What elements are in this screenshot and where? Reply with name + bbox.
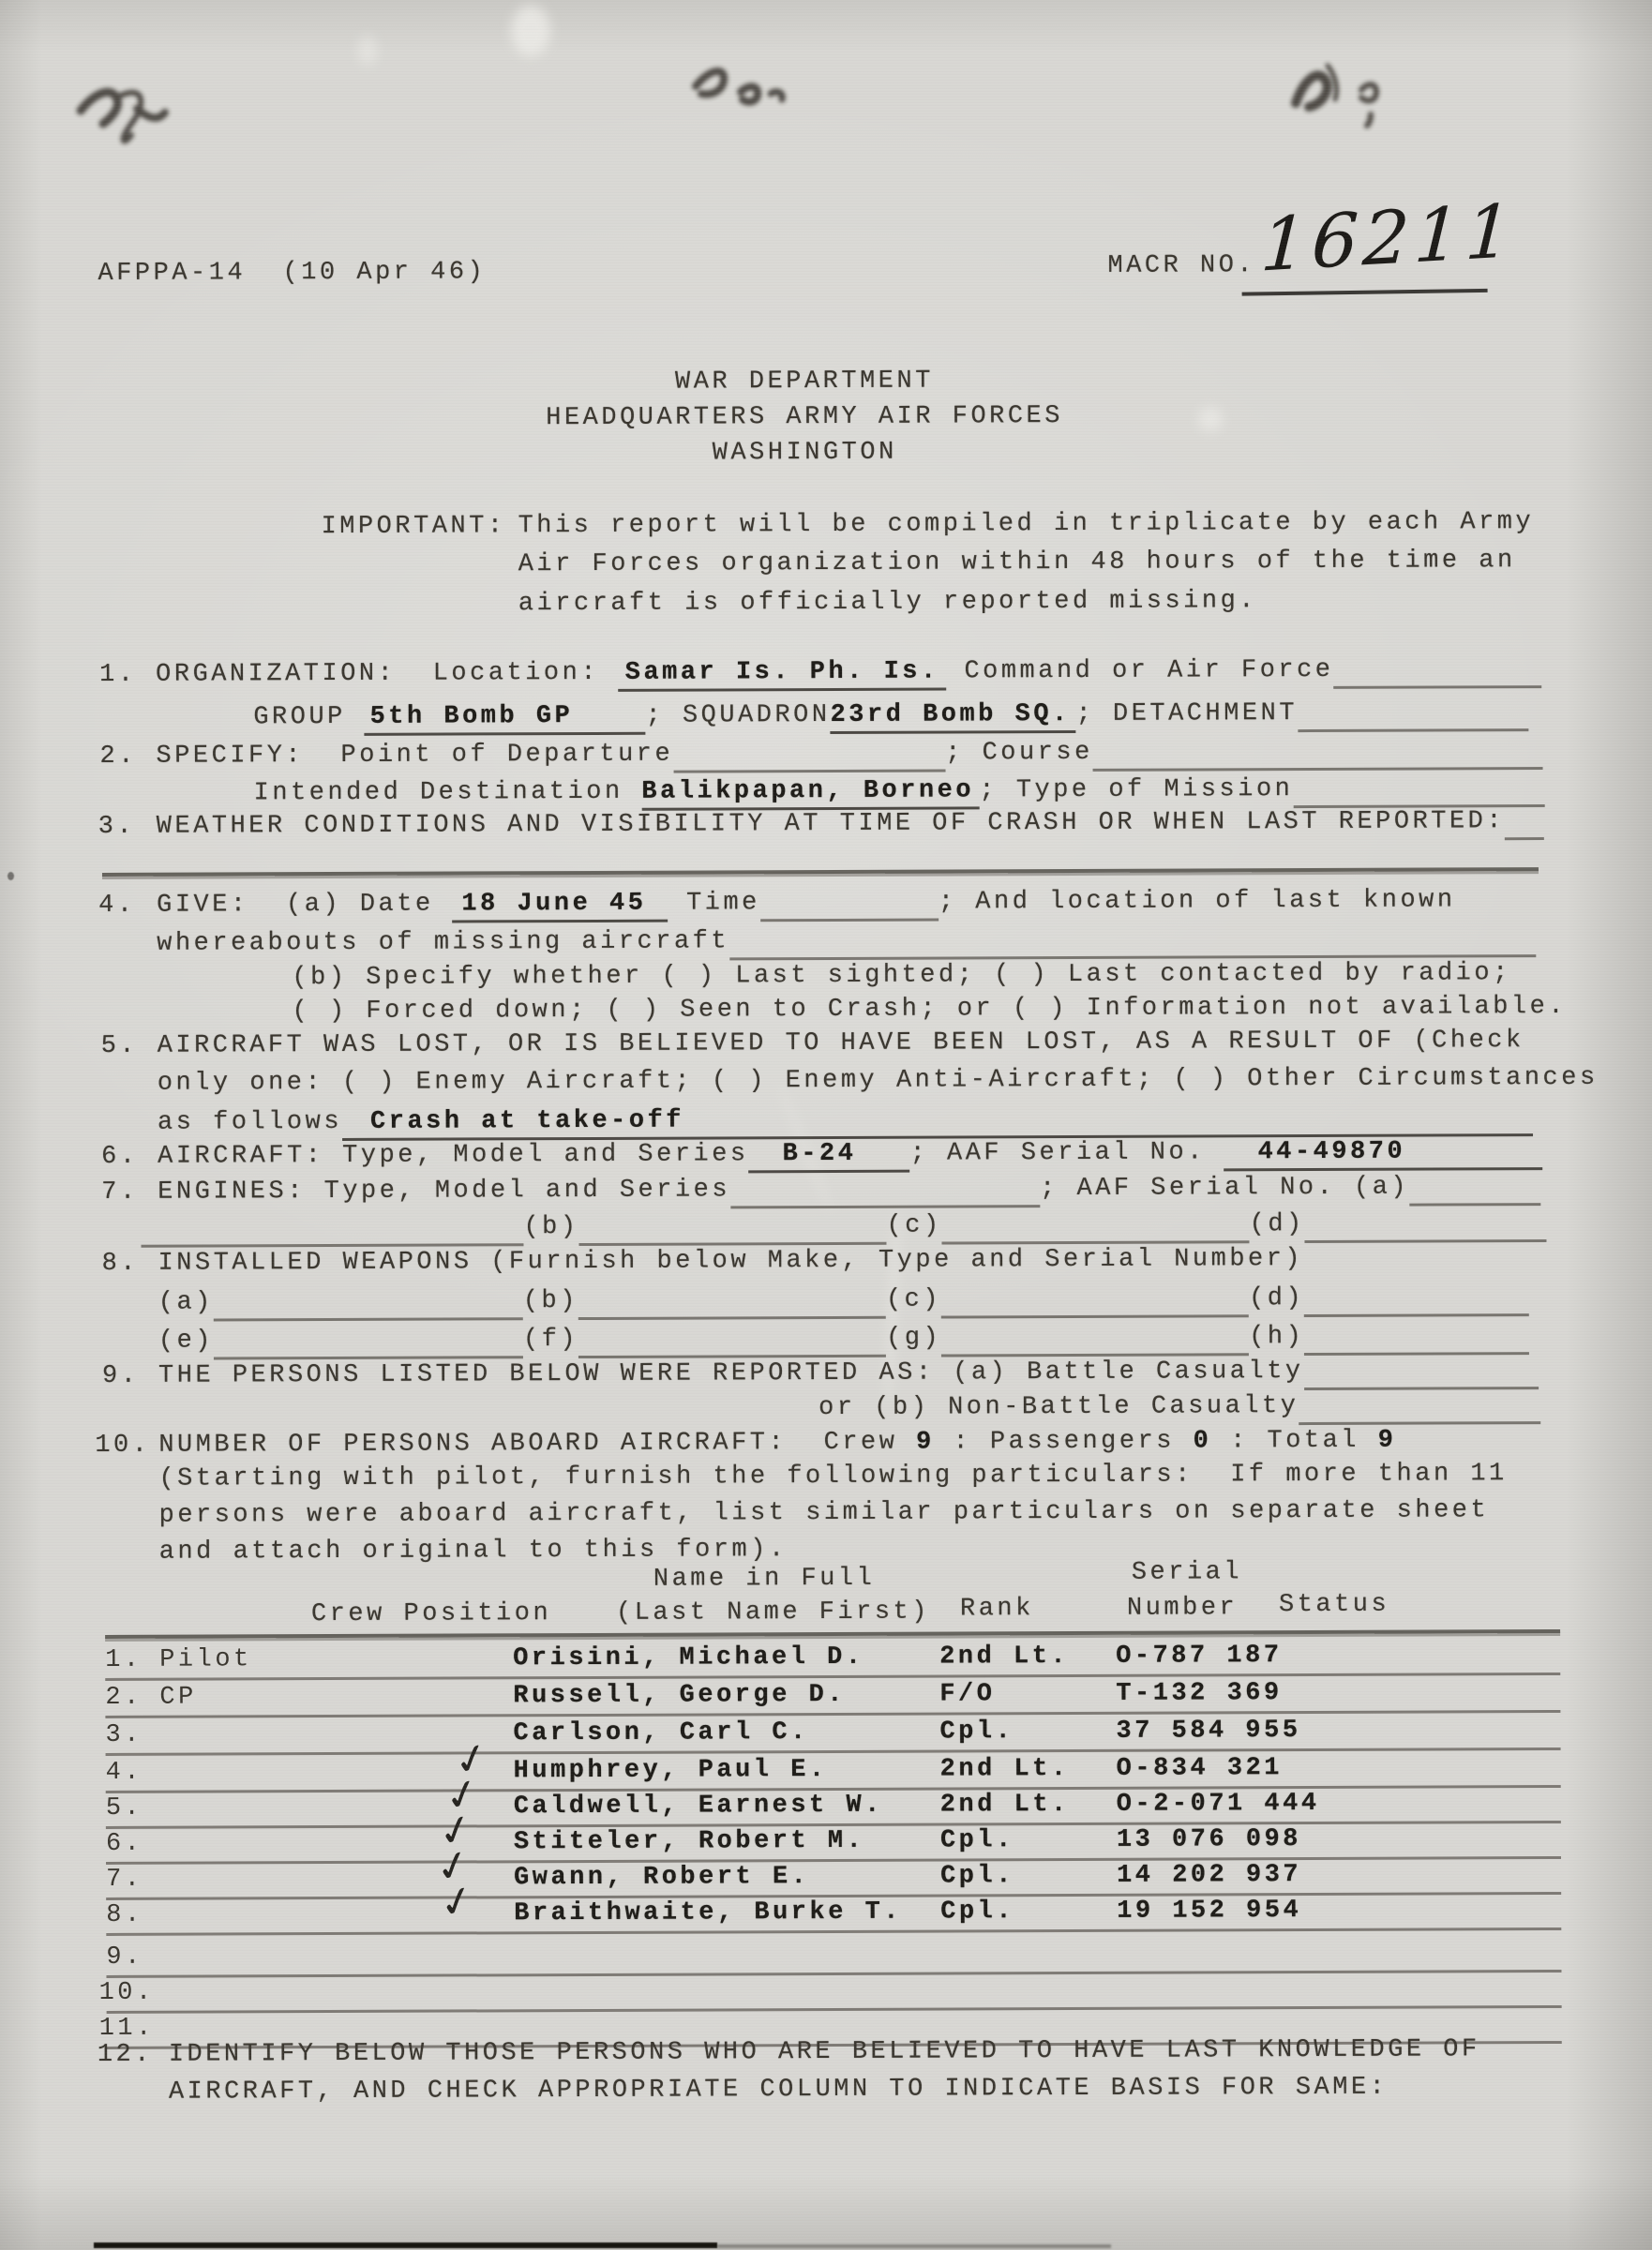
row-serial: 37 584 955: [1116, 1715, 1300, 1747]
item12-line2: AIRCRAFT, AND CHECK APPROPRIATE COLUMN T…: [169, 2072, 1388, 2108]
item5-number: 5.: [101, 1030, 139, 1062]
dept-line-war-department: WAR DEPARTMENT: [0, 363, 1612, 401]
row-number: 3.: [105, 1719, 143, 1751]
aaf-serial-label: ; AAF Serial No.: [910, 1138, 1224, 1167]
row-name: Gwann, Robert E.: [514, 1861, 809, 1894]
macr-number-underline: [1242, 289, 1488, 296]
weapons-g-label: (g): [886, 1325, 941, 1353]
item8-number: 8.: [101, 1248, 139, 1280]
macr-number-label: MACR NO.: [1107, 249, 1255, 282]
group-blank: 5th Bomb GP: [364, 700, 645, 736]
row-rank: 2nd Lt.: [940, 1789, 1070, 1822]
important-line-3: aircraft is officially reported missing.: [518, 585, 1257, 620]
non-battle-casualty-blank: ​: [1299, 1389, 1540, 1425]
item9-line2: or (b) Non-Battle Casualty​: [818, 1389, 1540, 1427]
row-rank: 2nd Lt.: [939, 1641, 1069, 1673]
row-rank: Cpl.: [940, 1824, 1014, 1856]
command-blank: ​: [1333, 653, 1541, 689]
macr-number-handwritten: 16211: [1259, 195, 1519, 283]
row-name: Carlson, Carl C.: [513, 1717, 808, 1749]
give-date-label: GIVE: (a) Date: [157, 891, 452, 920]
row-rank: 2nd Lt.: [940, 1753, 1070, 1786]
location-blank: Samar Is. Ph. Is.: [618, 656, 946, 692]
item12-number: 12.: [98, 2039, 153, 2071]
engines-c-label: (c): [886, 1212, 941, 1240]
item7-number: 7.: [101, 1177, 139, 1208]
check-mark: ✓: [437, 1883, 478, 1923]
cause-value: Crash at take-off: [342, 1107, 684, 1136]
macr-form-page: AFPPA-14 (10 Apr 46) MACR NO. 16211 WAR …: [0, 0, 1652, 2250]
location-last-known-label: ; And location of last known: [939, 886, 1456, 916]
row-rank: F/O: [939, 1678, 995, 1710]
row-rank: Cpl.: [939, 1716, 1014, 1747]
date-value: 18 June 45: [452, 890, 646, 919]
important-label: IMPORTANT:: [321, 510, 505, 543]
destination-label: Intended Destination: [254, 778, 642, 808]
row-serial: T-132 369: [1116, 1677, 1282, 1710]
scan-edge-line-faint: [717, 2244, 1111, 2248]
item2-line1: SPECIFY: Point of Departure​; Course​: [156, 735, 1542, 775]
row-position: Pilot: [159, 1643, 252, 1675]
row-number: 6.: [106, 1828, 143, 1860]
departure-blank: ​: [673, 738, 945, 773]
row-number: 9.: [106, 1942, 143, 1973]
aircraft-type-blank: B-24: [749, 1138, 910, 1174]
crew-row-3: 3.Carlson, Carl C.Cpl.37 584 955: [105, 1714, 1560, 1756]
table-header-status: Status: [1279, 1589, 1389, 1621]
row-number: 2.: [105, 1682, 143, 1714]
weapons-g-blank: ​: [941, 1321, 1249, 1357]
squadron-blank: 23rd Bomb SQ.: [831, 698, 1076, 734]
aaf-serial-value: 44-49870: [1224, 1138, 1405, 1167]
item7-line2: ​(b)​(c)​(d)​: [141, 1207, 1546, 1248]
whereabouts-blank: ​: [729, 922, 1536, 960]
date-blank: 18 June 45: [452, 888, 668, 923]
weapons-d-blank: ​: [1304, 1282, 1529, 1317]
item3-line1: WEATHER CONDITIONS AND VISIBILITY AT TIM…: [157, 805, 1544, 846]
weapons-f-label: (f): [523, 1326, 578, 1354]
form-number: AFPPA-14 (10 Apr 46): [98, 256, 486, 290]
engines-b-label: (b): [523, 1213, 578, 1241]
cause-blank: Crash at take-off: [342, 1102, 1533, 1141]
engines-serial-a-blank: ​: [1409, 1171, 1540, 1207]
engines-d-blank: ​: [1305, 1207, 1547, 1243]
weather-blank-rule: [102, 867, 1539, 877]
row-serial: 13 076 098: [1117, 1823, 1301, 1856]
weapons-e-label: (e): [158, 1327, 214, 1356]
row-number: 7.: [106, 1864, 143, 1896]
item4-line3: (b) Specify whether ( ) Last sighted; ( …: [292, 957, 1510, 994]
table-preheader-serial: Serial: [1132, 1556, 1242, 1588]
engines-label: ENGINES: Type, Model and Series: [158, 1176, 730, 1206]
margin-dot: [8, 872, 14, 880]
item8-line1: INSTALLED WEAPONS (Furnish below Make, T…: [158, 1243, 1303, 1280]
dept-line-headquarters: HEADQUARTERS ARMY AIR FORCES: [0, 398, 1612, 437]
weapons-a-blank: ​: [214, 1285, 523, 1321]
item4-line4: ( ) Forced down; ( ) Seen to Crash; or (…: [292, 991, 1567, 1027]
detachment-blank: ​: [1298, 697, 1528, 732]
row-name: Braithwaite, Burke T.: [514, 1897, 902, 1930]
item3-number: 3.: [98, 811, 136, 843]
item10-line2: (Starting with pilot, furnish the follow…: [158, 1458, 1507, 1495]
engines-b-blank: ​: [578, 1210, 886, 1246]
course-label: ; Course: [945, 739, 1093, 768]
weather-label: WEATHER CONDITIONS AND VISIBILITY AT TIM…: [157, 807, 1505, 841]
weapons-b-label: (b): [523, 1287, 578, 1315]
item1-number: 1.: [99, 659, 137, 691]
important-line-2: Air Forces organization within 48 hours …: [518, 545, 1516, 580]
item4-line2: whereabouts of missing aircraft​: [157, 922, 1536, 963]
item7-line1: ENGINES: Type, Model and Series​; AAF Se…: [158, 1171, 1540, 1211]
time-label: Time: [668, 889, 760, 917]
engines-d-label: (d): [1250, 1210, 1305, 1238]
row-position: CP: [159, 1682, 197, 1714]
row-name: Stiteler, Robert M.: [514, 1825, 864, 1858]
weapons-a-label: (a): [158, 1289, 214, 1317]
destination-blank: Balikpapan, Borneo: [641, 774, 979, 810]
item1-line1: ORGANIZATION: Location: Samar Is. Ph. Is…: [156, 653, 1541, 694]
item9-number: 9.: [102, 1360, 140, 1392]
group-value: 5th Bomb GP: [364, 702, 573, 731]
weapons-d-label: (d): [1249, 1284, 1304, 1312]
weapons-c-label: (c): [886, 1286, 941, 1314]
crew-row-8: 8.✓Braithwaite, Burke T.Cpl.19 152 954: [106, 1894, 1561, 1936]
weapons-c-blank: ​: [941, 1282, 1249, 1318]
item10-line1: NUMBER OF PERSONS ABOARD AIRCRAFT: Crew …: [158, 1425, 1396, 1462]
item4-number: 4.: [98, 890, 136, 922]
item1-text2: Command or Air Force: [946, 656, 1334, 686]
crew-row-1: 1.PilotOrisini, Michael D.2nd Lt.O-787 1…: [105, 1639, 1560, 1681]
detachment-label: ; DETACHMENT: [1076, 699, 1299, 728]
item4-line1: GIVE: (a) Date 18 June 45 Time​; And loc…: [157, 884, 1456, 923]
passengers-count-value: 0: [1194, 1427, 1212, 1455]
mission-blank: ​: [1293, 772, 1544, 808]
item1-line2: GROUP 5th Bomb GP; SQUADRON23rd Bomb SQ.…: [253, 697, 1528, 736]
table-preheader-name: Name in Full: [653, 1563, 876, 1596]
form-content: AFPPA-14 (10 Apr 46) MACR NO. 16211 WAR …: [0, 0, 1652, 2250]
total-label: : Total: [1211, 1427, 1377, 1456]
table-header-rule: [105, 1629, 1560, 1639]
weapons-f-blank: ​: [578, 1323, 886, 1358]
weapons-b-blank: ​: [578, 1284, 886, 1320]
row-name: Humphrey, Paul E.: [514, 1754, 828, 1787]
engines-serial-label: ; AAF Serial No. (a): [1040, 1174, 1409, 1204]
item6-line1: AIRCRAFT: Type, Model and SeriesB-24; AA…: [158, 1135, 1543, 1176]
whereabouts-label: whereabouts of missing aircraft: [157, 927, 729, 957]
table-header-number: Number: [1127, 1592, 1238, 1624]
row-rank: Cpl.: [940, 1860, 1014, 1892]
table-header-rank: Rank: [960, 1593, 1034, 1625]
engines-c-blank: ​: [942, 1208, 1250, 1244]
item5-line1: AIRCRAFT WAS LOST, OR IS BELIEVED TO HAV…: [158, 1025, 1524, 1062]
passengers-label: : Passengers: [935, 1427, 1194, 1456]
item2-number: 2.: [99, 741, 137, 772]
row-name: Orisini, Michael D.: [513, 1642, 864, 1674]
item8-line3: (e)​(f)​(g)​(h)​: [158, 1320, 1530, 1360]
location-value: Samar Is. Ph. Is.: [618, 658, 939, 687]
row-serial: O-2-071 444: [1117, 1788, 1320, 1821]
total-count-value: 9: [1378, 1427, 1397, 1455]
dept-line-washington: WASHINGTON: [0, 434, 1612, 472]
mission-label: ; Type of Mission: [979, 775, 1293, 804]
row-number: 8.: [106, 1899, 143, 1931]
item12-line1: IDENTIFY BELOW THOSE PERSONS WHO ARE BEL…: [169, 2033, 1480, 2070]
squadron-value: 23rd Bomb SQ.: [831, 700, 1071, 729]
row-serial: O-834 321: [1117, 1752, 1283, 1785]
battle-casualty-label: THE PERSONS LISTED BELOW WERE REPORTED A…: [158, 1357, 1304, 1390]
weapons-e-blank: ​: [214, 1324, 523, 1359]
crew-count-value: 9: [916, 1429, 935, 1457]
row-serial: O-787 187: [1116, 1640, 1282, 1672]
destination-value: Balikpapan, Borneo: [641, 776, 974, 805]
item8-line2: (a)​(b)​(c)​(d)​: [158, 1282, 1530, 1322]
group-label: GROUP: [253, 703, 364, 731]
table-header-position: Crew Position: [311, 1597, 551, 1630]
row-rank: Cpl.: [940, 1896, 1014, 1927]
time-blank: ​: [760, 887, 939, 922]
course-blank: ​: [1093, 735, 1543, 772]
aaf-serial-blank: 44-49870: [1224, 1135, 1542, 1171]
engines-series-blank: ​: [730, 1173, 1040, 1208]
item6-number: 6.: [101, 1141, 139, 1173]
engines-blank-lead: ​: [141, 1211, 523, 1248]
scan-edge-line: [94, 2242, 717, 2248]
weather-blank-start: ​: [1505, 805, 1544, 840]
squadron-label: ; SQUADRON: [645, 701, 830, 730]
item1-text: ORGANIZATION: Location:: [156, 659, 618, 689]
departure-label: SPECIFY: Point of Departure: [156, 741, 673, 771]
row-name: Russell, George D.: [513, 1679, 846, 1712]
row-number: 1.: [105, 1644, 143, 1676]
aircraft-type-value: B-24: [749, 1140, 857, 1168]
row-serial: 14 202 937: [1117, 1859, 1301, 1892]
weapons-h-label: (h): [1249, 1323, 1304, 1351]
table-header-name: (Last Name First): [616, 1597, 930, 1629]
crew-row-2: 2.CPRussell, George D.F/OT-132 369: [105, 1676, 1560, 1718]
persons-aboard-label: NUMBER OF PERSONS ABOARD AIRCRAFT: Crew: [158, 1429, 916, 1460]
item9-line1: THE PERSONS LISTED BELOW WERE REPORTED A…: [158, 1355, 1539, 1395]
item5-line2: only one: ( ) Enemy Aircraft; ( ) Enemy …: [158, 1062, 1599, 1100]
important-line-1: This report will be compiled in triplica…: [518, 506, 1534, 542]
weapons-h-blank: ​: [1304, 1320, 1529, 1356]
row-number: 5.: [106, 1792, 143, 1824]
row-number: 4.: [106, 1757, 143, 1789]
as-follows-label: as follows: [158, 1108, 342, 1137]
item10-line3: persons were aboard aircraft, list simil…: [159, 1494, 1490, 1531]
row-number: 10.: [98, 1977, 154, 2009]
item10-number: 10.: [95, 1430, 150, 1462]
battle-casualty-blank: ​: [1304, 1355, 1539, 1390]
row-serial: 19 152 954: [1117, 1895, 1301, 1927]
aircraft-type-label: AIRCRAFT: Type, Model and Series: [158, 1140, 749, 1170]
non-battle-casualty-label: or (b) Non-Battle Casualty: [818, 1392, 1299, 1422]
row-name: Caldwell, Earnest W.: [514, 1790, 883, 1823]
